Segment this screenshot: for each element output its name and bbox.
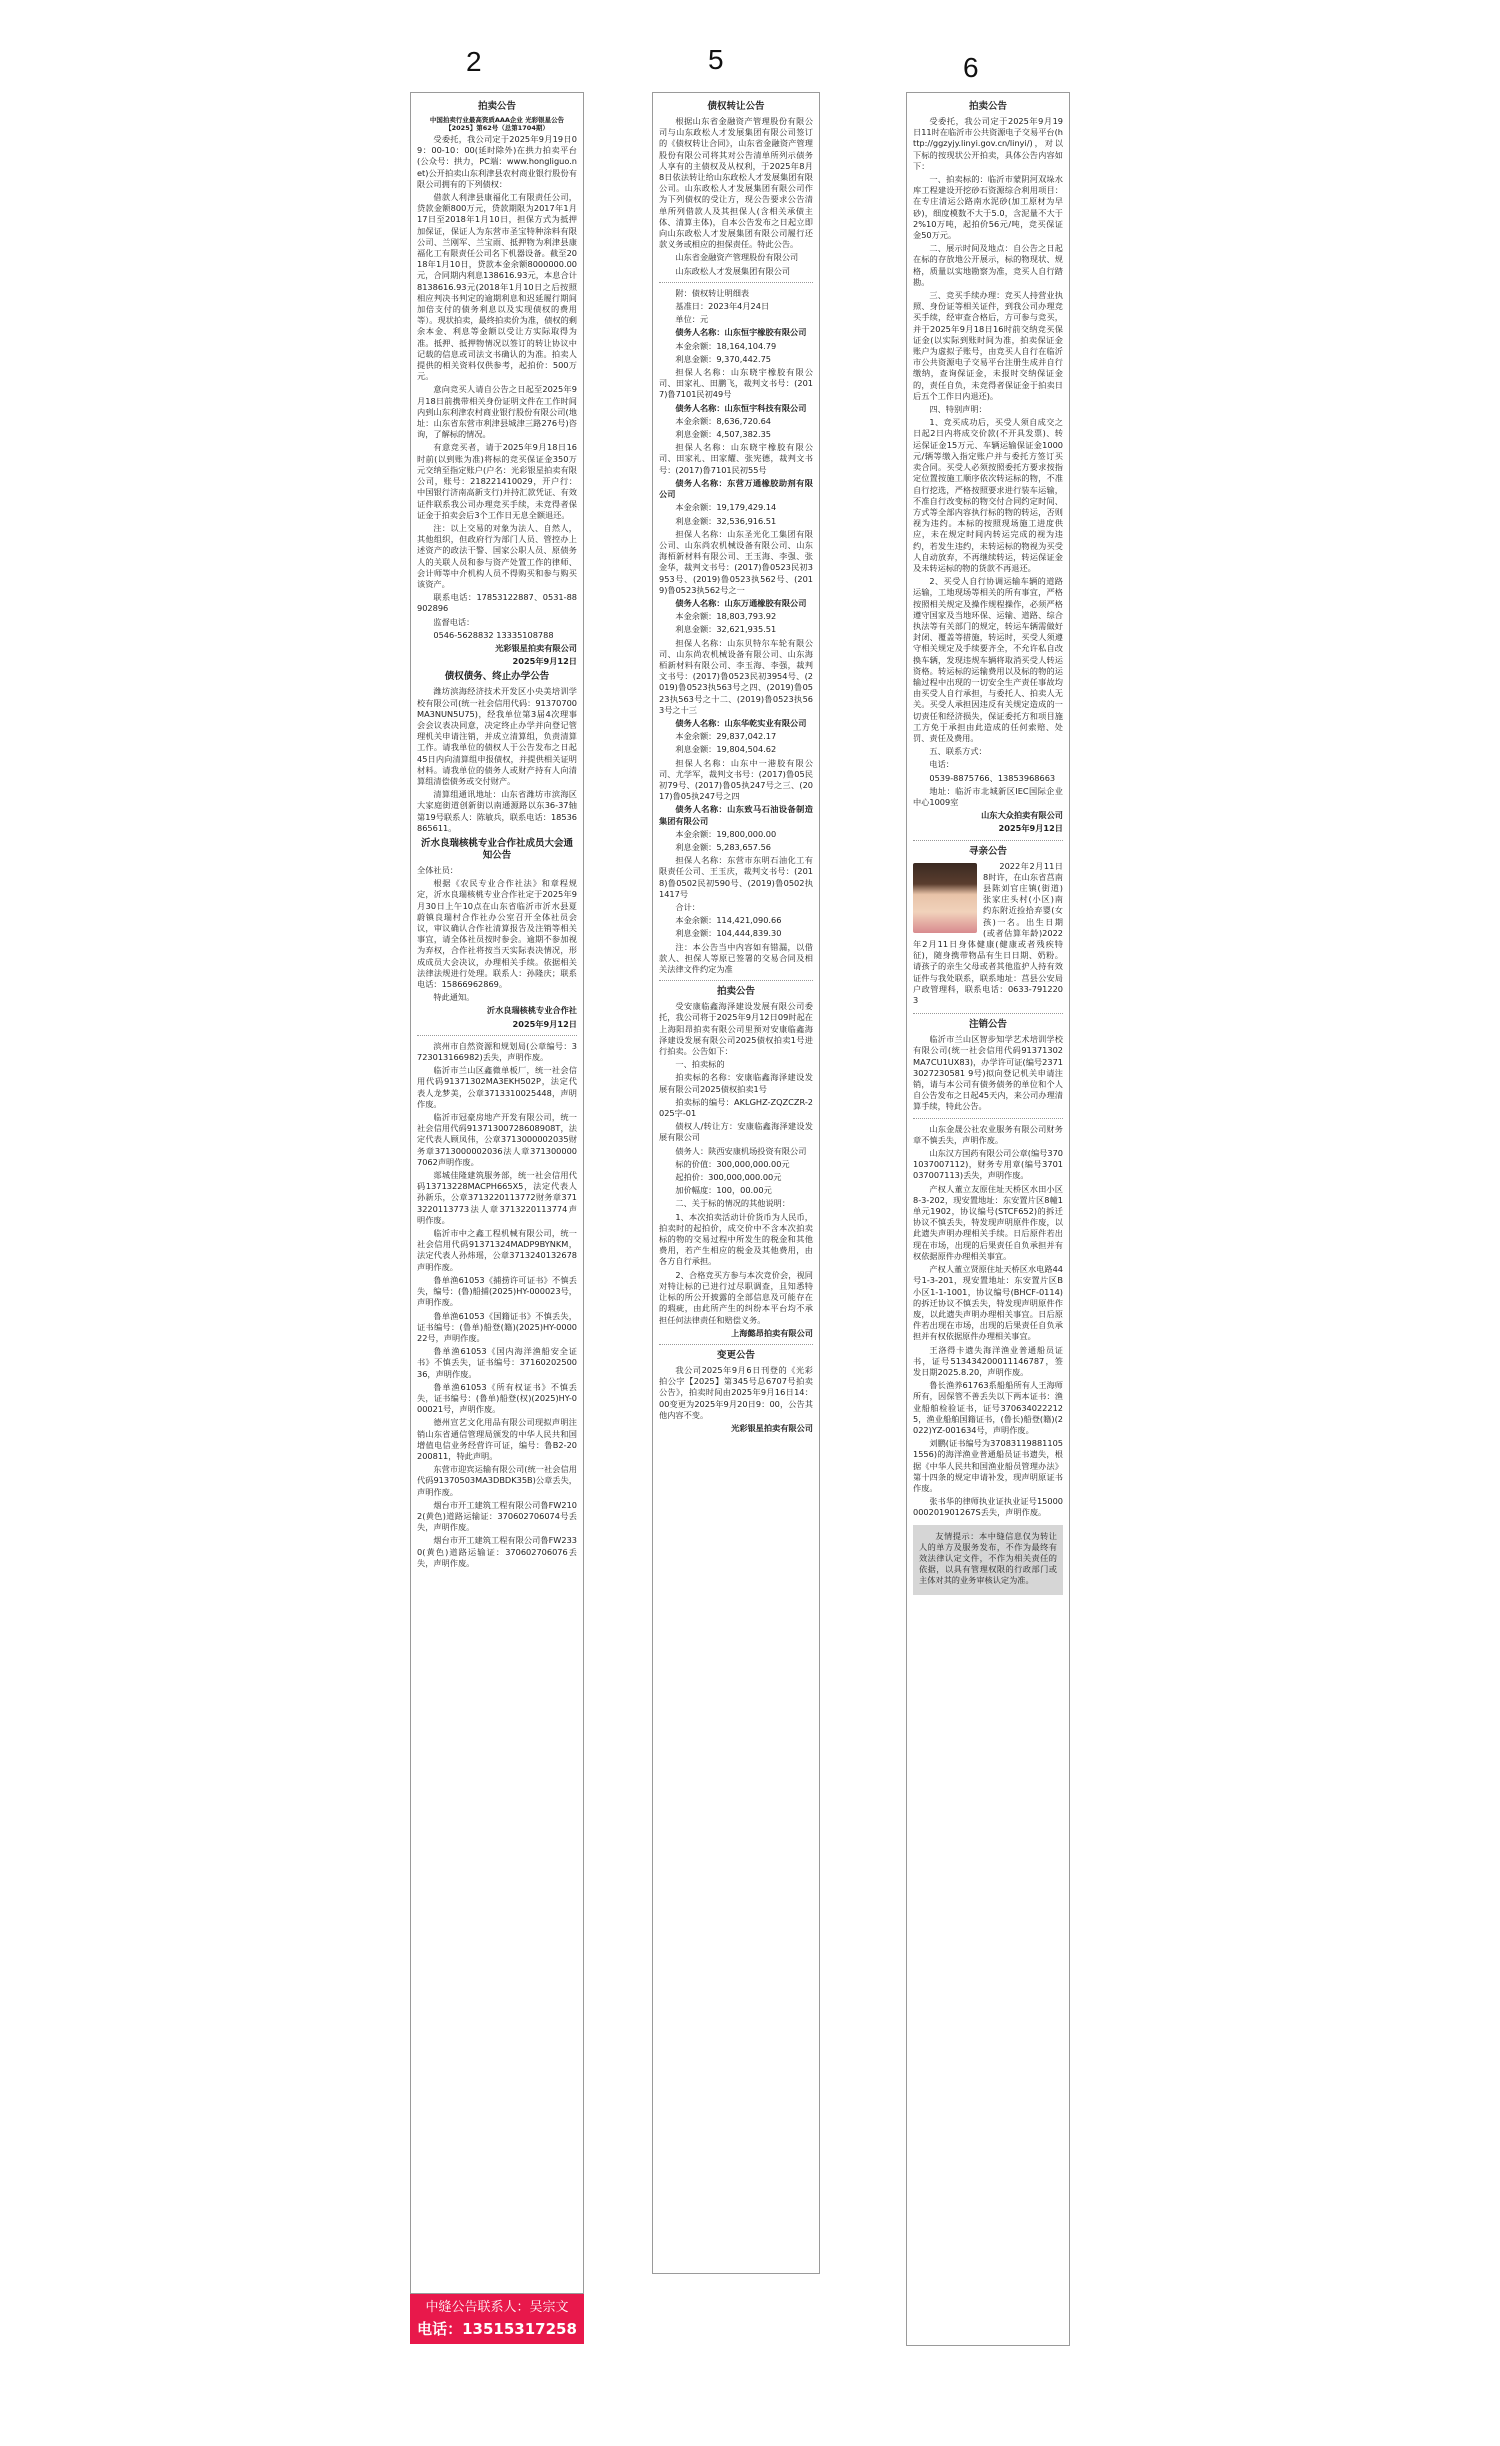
principal: 本金余额：29,837,042.17 [659,731,813,742]
interest: 利息金额：4,507,382.35 [659,429,813,440]
phone-label: 电话： [913,759,1063,770]
paragraph: 意向竞买人请自公告之日起至2025年9月18日前携带相关身份证明文件在工作时间内… [417,384,577,440]
phone-number: 0539-8875766、13853968663 [913,773,1063,784]
cooperative-meeting-notice-title: 沂水良瑞核桃专业合作社成员大会通知公告 [417,838,577,862]
change-notice-title: 变更公告 [659,1350,813,1362]
debtor-name: 债务人名称：山东万通橡胶有限公司 [659,598,813,609]
item: 起拍价：300,000,000.00元 [659,1172,813,1183]
interest: 利息金额：5,283,657.56 [659,842,813,853]
principal: 本金余额：18,803,793.92 [659,611,813,622]
total-label: 合计： [659,902,813,913]
divider [913,1013,1063,1014]
column-page-6: 拍卖公告 受委托，我公司定于2025年9月19日11时在临沂市公共资源电子交易平… [906,92,1070,2346]
debtor-name: 债务人名称：山东华乾实业有限公司 [659,718,813,729]
unit: 单位：元 [659,314,813,325]
lost-notice: 鲁长渔养61763系船船所有人王海师所有，因保管不善丢失以下两本证书：渔业船舶检… [913,1380,1063,1436]
debt-transfer-notice-title: 债权转让公告 [659,101,813,113]
note: 注：本公告当中内容如有错漏，以借款人、担保人等原已签署的交易合同及相关法律文件约… [659,942,813,976]
divider [659,980,813,981]
interest: 利息金额：9,370,442.75 [659,354,813,365]
guarantor: 担保人名称：东营市东明石油化工有限责任公司、王玉庆，裁判文书号：(2018)鲁0… [659,855,813,900]
debtor-entry: 债务人名称：山东恒宇科技有限公司 本金余额：8,636,720.64 利息金额：… [659,403,813,476]
divider [659,282,813,283]
paragraph: 二、展示时间及地点：自公告之日起在标的存放地公开展示，标的物现状、规格，质量以实… [913,243,1063,288]
page-number-6: 6 [963,52,979,84]
page-number-5: 5 [708,44,724,76]
guarantor: 担保人名称：山东中一港胶有限公司、尤学军，裁判文书号：(2017)鲁05民初79… [659,758,813,803]
lost-notice: 郯城佳隆建筑服务部，统一社会信用代码13713228MACPH665X5，法定代… [417,1170,577,1226]
missing-family-notice-title: 寻亲公告 [913,846,1063,858]
auction-notice-title: 拍卖公告 [417,101,577,113]
lost-notice: 山东汉方国药有限公司公章(编号3701037007112)，财务专用章(编号37… [913,1148,1063,1182]
lost-notice: 临沂市冠豪房地产开发有限公司，统一社会信用代码91371300728608908… [417,1112,577,1168]
contact-phone: 联系电话：17853122887、0531-88902896 [417,592,577,614]
paragraph: 根据《农民专业合作社法》和章程规定，沂水良瑞核桃专业合作社定于2025年9月30… [417,878,577,990]
signature: 光彩银星拍卖有限公司 [417,643,577,654]
lost-notice: 临沂市兰山区鑫微单板厂，统一社会信用代码91371302MA3EKH502P，法… [417,1065,577,1110]
lost-notice: 鲁单渔61053《国内海洋渔船安全证书》不慎丢失，证书编号：3716020250… [417,1346,577,1380]
lost-notice: 产权人董立友原住址天桥区水田小区8-3-202，现安置地址：东安置片区8幢1单元… [913,1184,1063,1262]
section-heading: 一、拍卖标的 [659,1059,813,1070]
total-interest: 利息金额：104,444,839.30 [659,928,813,939]
paragraph: 2、合格竞买方参与本次竞价会，视同对特让标的已进行过尽职调查，且知悉特让标的所公… [659,1270,813,1326]
section-heading: 二、关于标的情况的其他说明： [659,1198,813,1209]
column-page-5: 债权转让公告 根据山东省金融资产管理股份有限公司与山东政松人才发展集团有限公司签… [652,92,820,2274]
signature: 山东政松人才发展集团有限公司 [659,266,813,277]
lost-notice: 德州宣艺文化用品有限公司现拟声明注销山东省通信管理局颁发的中华人民共和国增值电信… [417,1417,577,1462]
date: 2025年9月12日 [417,656,577,667]
lost-notice: 烟台市开工建筑工程有限公司鲁FW2102(黄色)道路运输证：3706027060… [417,1500,577,1534]
guarantor: 担保人名称：山东晓宇橡胶有限公司、田家礼、田家耀、张宪德，裁判文书号：(2017… [659,442,813,476]
signature: 上海懿昂拍卖有限公司 [659,1328,813,1339]
paragraph: 2、买受人自行协调运输车辆的道路运输，工地现场等相关的所有事宜，严格按照相关规定… [913,576,1063,744]
item: 拍卖标的名称：安康临鑫海泽建设发展有限公司2025债权拍卖1号 [659,1072,813,1094]
lost-notice: 临沂市中之鑫工程机械有限公司，统一社会信用代码91371324MADP9BYNK… [417,1228,577,1273]
interest: 利息金额：19,804,504.62 [659,744,813,755]
divider [417,1035,577,1036]
paragraph: 一、拍卖标的：临沂市蒙阴河双垛水库工程建设开挖砂石资源综合利用项目：在专庄清运公… [913,174,1063,241]
principal: 本金余额：19,179,429.14 [659,502,813,513]
item: 拍卖标的编号：AKLGHZ-ZQZCZR-2025字-01 [659,1097,813,1119]
date: 2025年9月12日 [417,1019,577,1030]
signature: 山东大众拍卖有限公司 [913,810,1063,821]
auction-notice-title: 拍卖公告 [659,986,813,998]
paragraph: 清算组通讯地址：山东省潍坊市滨海区大家庭街道创新街以南通源路以东36-37轴第1… [417,789,577,834]
debtor-entry: 债务人名称：东营万通橡胶助剂有限公司 本金余额：19,179,429.14 利息… [659,478,813,596]
contact-phone: 电话：13515317258 [410,2318,584,2340]
signature: 沂水良瑞核桃专业合作社 [417,1005,577,1016]
auction-notice-title: 拍卖公告 [913,101,1063,113]
paragraph: 受委托，我公司定于2025年9月19日11时在临沂市公共资源电子交易平台(htt… [913,116,1063,172]
paragraph: 受委托，我公司定于2025年9月19日09：00-10：00(延时除外)在拱力拍… [417,134,577,190]
lost-notice: 东营市迎宾运输有限公司(统一社会信用代码91370503MA3DBDK35B)公… [417,1464,577,1498]
lost-notice: 滨州市自然资源和规划局(公章编号：3723013166982)丢失，声明作废。 [417,1041,577,1063]
item: 标的价值：300,000,000.00元 [659,1159,813,1170]
item: 加价幅度：100，00.00元 [659,1185,813,1196]
principal: 本金余额：18,164,104.79 [659,341,813,352]
disclaimer-box: 友情提示：本中缝信息仅为转让人的单方及服务发布，不作为最终有效法律认定文件，不作… [913,1525,1063,1595]
debtor-name: 债务人名称：山东致马石油设备制造集团有限公司 [659,804,813,826]
item: 债权人/转让方：安康临鑫海泽建设发展有限公司 [659,1121,813,1143]
paragraph: 特此通知。 [417,992,577,1003]
lost-notice: 山东金晟公社农业服务有限公司财务章不慎丢失，声明作废。 [913,1124,1063,1146]
debtor-name: 债务人名称：东营万通橡胶助剂有限公司 [659,478,813,500]
page-number-2: 2 [466,46,482,78]
paragraph: 临沂市兰山区智步知学艺术培训学校有限公司(统一社会信用代码91371302MA7… [913,1034,1063,1112]
debtor-name: 债务人名称：山东恒宇橡胶有限公司 [659,327,813,338]
paragraph: 注：以上交易的对象为法人、自然人，其他组织，但政府行为部门人员、管控办上述资产的… [417,523,577,590]
principal: 本金余额：8,636,720.64 [659,416,813,427]
debtor-name: 债务人名称：山东恒宇科技有限公司 [659,403,813,414]
lost-notice: 刘鹏(证书编号为370831198811051556)的海洋渔业普通船员证书遗失… [913,1438,1063,1494]
supervision-phone: 0546-5628832 13335108788 [417,630,577,641]
salutation: 全体社员： [417,865,577,876]
paragraph: 1、本次拍卖活动计价货币为人民币，拍卖时的起拍价，成交价中不含本次拍卖标的物的交… [659,1212,813,1268]
divider [913,840,1063,841]
paragraph: 受安康临鑫海泽建设发展有限公司委托，我公司将于2025年9月12日09时起在上海… [659,1001,813,1057]
guarantor: 担保人名称：山东贝特尔车轮有限公司、山东尚农机械设备有限公司、山东海栢新材料有限… [659,638,813,716]
paragraph: 1、竞买成功后，买受人须自成交之日起2日内将成交价款(不开具发票)、转运保证金1… [913,417,1063,574]
divider [913,1118,1063,1119]
base-date: 基准日：2023年4月24日 [659,301,813,312]
divider [659,1344,813,1345]
paragraph: 我公司2025年9月6日刊登的《光彩拍公字【2025】第345号总6707号拍卖… [659,1365,813,1421]
auction-notice-subtitle: 中国拍卖行业最高资质AAA企业 光彩银星公告【2025】第62号（总第1704期… [417,116,577,132]
lost-notice: 产权人董立贤原住址天桥区水电路44号1-3-201，现安置地址：东安置片区B小区… [913,1264,1063,1342]
paragraph: 潍坊滨海经济技术开发区小央美培训学校有限公司(统一社会信用代码：91370700… [417,686,577,787]
paragraph: 借款人利津县康福化工有限责任公司，贷款金额800万元，贷款期限为2017年1月1… [417,192,577,382]
contact-person: 中缝公告联系人：吴宗文 [410,2294,584,2318]
paragraph: 根据山东省金融资产管理股份有限公司与山东政松人才发展集团有限公司签订的《债权转让… [659,116,813,250]
debtor-entry: 债务人名称：山东万通橡胶有限公司 本金余额：18,803,793.92 利息金额… [659,598,813,716]
table-title: 附：债权转让明细表 [659,288,813,299]
paragraph: 有意竞买者，请于2025年9月18日16时前(以到账为准)将标的竞买保证金350… [417,442,577,520]
principal: 本金余额：19,800,000.00 [659,829,813,840]
debtor-entry: 债务人名称：山东华乾实业有限公司 本金余额：29,837,042.17 利息金额… [659,718,813,802]
deregistration-notice-title: 注销公告 [913,1019,1063,1031]
address: 地址：临沂市北城新区IEC国际企业中心1009室 [913,786,1063,808]
signature: 山东省金融资产管理股份有限公司 [659,252,813,263]
signature: 光彩银星拍卖有限公司 [659,1423,813,1434]
interest: 利息金额：32,621,935.51 [659,624,813,635]
guarantor: 担保人名称：山东圣光化工集团有限公司、山东尚农机械设备有限公司、山东海栢新材料有… [659,529,813,596]
paragraph: 五、联系方式： [913,746,1063,757]
debt-termination-notice-title: 债权债务、终止办学公告 [417,671,577,683]
child-photo [913,863,977,933]
interest: 利息金额：32,536,916.51 [659,516,813,527]
total-principal: 本金余额：114,421,090.66 [659,915,813,926]
lost-notice: 鲁单渔61053《捕捞许可证书》不慎丢失，编号：(鲁)船捕(2025)HY-00… [417,1275,577,1309]
lost-notice: 王洛得卡遗失海洋渔业普通船员证书，证号513434200011146787，签发… [913,1345,1063,1379]
date: 2025年9月12日 [913,823,1063,834]
debtor-entry: 债务人名称：山东致马石油设备制造集团有限公司 本金余额：19,800,000.0… [659,804,813,900]
column-page-2: 拍卖公告 中国拍卖行业最高资质AAA企业 光彩银星公告【2025】第62号（总第… [410,92,584,2294]
lost-notice: 鲁单渔61053《所有权证书》不慎丢失，证书编号：(鲁单)船登(权)(2025)… [417,1382,577,1416]
lost-notice: 张书华的律师执业证执业证号15000000201901267S丢失，声明作废。 [913,1496,1063,1518]
paragraph: 四、特别声明： [913,404,1063,415]
debtor-entry: 债务人名称：山东恒宇橡胶有限公司 本金余额：18,164,104.79 利息金额… [659,327,813,400]
classified-contact-box: 中缝公告联系人：吴宗文 电话：13515317258 [410,2294,584,2344]
item: 债务人：陕西安康机场投资有限公司 [659,1146,813,1157]
disclaimer-text: 友情提示：本中缝信息仅为转让人的单方及服务发布，不作为最终有效法律认定文件，不作… [919,1531,1057,1587]
lost-notice: 鲁单渔61053《国籍证书》不慎丢失，证书编号：(鲁单)船登(籍)(2025)H… [417,1311,577,1345]
guarantor: 担保人名称：山东晓宇橡胶有限公司、田家礼、田鹏飞，裁判文书号：(2017)鲁71… [659,367,813,401]
paragraph: 三、竞买手续办理：竞买人持营业执照、身份证等相关证件，到我公司办理竞买手续，经审… [913,290,1063,402]
lost-notice: 烟台市开工建筑工程有限公司鲁FW2330(黄色)道路运输证：3706027060… [417,1535,577,1569]
supervision-phone-label: 监督电话： [417,617,577,628]
